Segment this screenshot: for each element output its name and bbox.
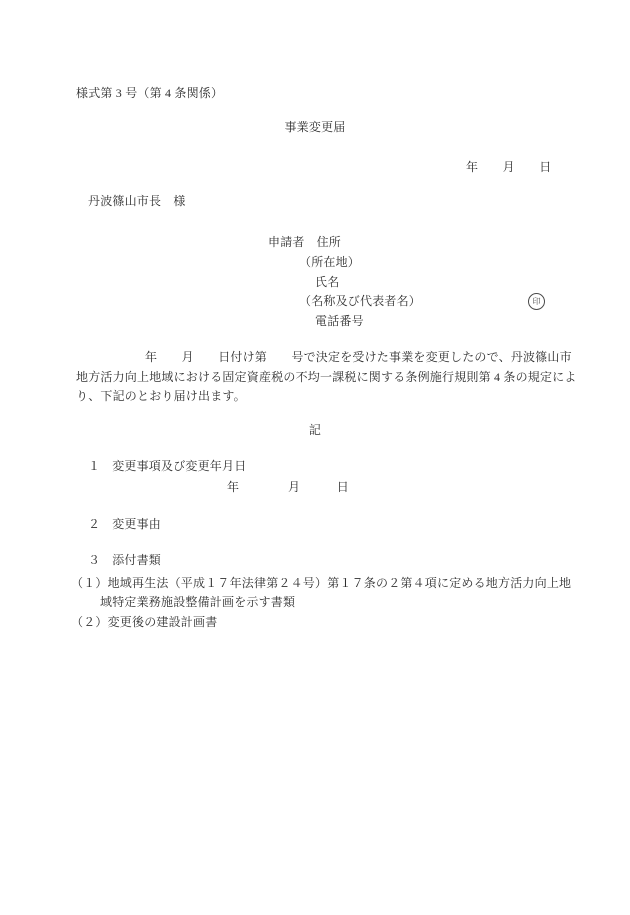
item-1-date-line: 年 月 日 [227, 480, 349, 495]
item-1: １変更事項及び変更年月日 [88, 459, 246, 474]
location-label: （所在地） [299, 255, 360, 270]
item-2-title: 変更事由 [112, 517, 161, 531]
name-label: 氏名 [315, 275, 339, 290]
addressee: 丹波篠山市長 様 [88, 194, 186, 209]
attachment-2-number: （２） [71, 615, 108, 629]
document-page: 様式第 3 号（第 4 条関係） 事業変更届 年 月 日 丹波篠山市長 様 申請… [0, 0, 630, 915]
attachment-2-text: 変更後の建設計画書 [108, 615, 218, 629]
attachment-1-line-1: （１）地域再生法（平成１７年法律第２４号）第１７条の２第４項に定める地方活力向上… [71, 576, 571, 591]
attachment-1-line-2: 域特定業務施設整備計画を示す書類 [100, 595, 295, 610]
phone-label: 電話番号 [315, 314, 364, 329]
document-title: 事業変更届 [0, 120, 630, 135]
item-1-number: １ [88, 459, 100, 473]
item-1-title: 変更事項及び変更年月日 [112, 459, 246, 473]
date-line-top: 年 月 日 [466, 160, 551, 175]
item-2: ２変更事由 [88, 517, 161, 532]
form-number: 様式第 3 号（第 4 条関係） [76, 86, 223, 101]
attachment-1-number: （１） [71, 576, 108, 590]
org-label: （名称及び代表者名） [299, 294, 421, 309]
item-3-title: 添付書類 [112, 553, 161, 567]
seal-char: 印 [532, 297, 540, 305]
attachment-2-line-1: （２）変更後の建設計画書 [71, 615, 217, 630]
item-3-number: ３ [88, 553, 100, 567]
list-marker: 記 [0, 423, 630, 438]
address-label: 住所 [317, 235, 341, 249]
body-line-1: 年 月 日付け第 号で決定を受けた事業を変更したので、丹波篠山市 [145, 350, 572, 365]
body-line-2: 地方活力向上地域における固定資産税の不均一課税に関する条例施行規則第 4 条の規… [76, 370, 577, 385]
attachment-1-text: 地域再生法（平成１７年法律第２４号）第１７条の２第４項に定める地方活力向上地 [108, 576, 572, 590]
applicant-label: 申請者 [268, 235, 305, 249]
body-line-3: り、下記のとおり届け出ます。 [76, 389, 246, 404]
applicant-line-address: 申請者住所 [268, 235, 341, 250]
seal-mark-icon: 印 [528, 293, 545, 310]
item-2-number: ２ [88, 517, 100, 531]
item-3: ３添付書類 [88, 553, 161, 568]
